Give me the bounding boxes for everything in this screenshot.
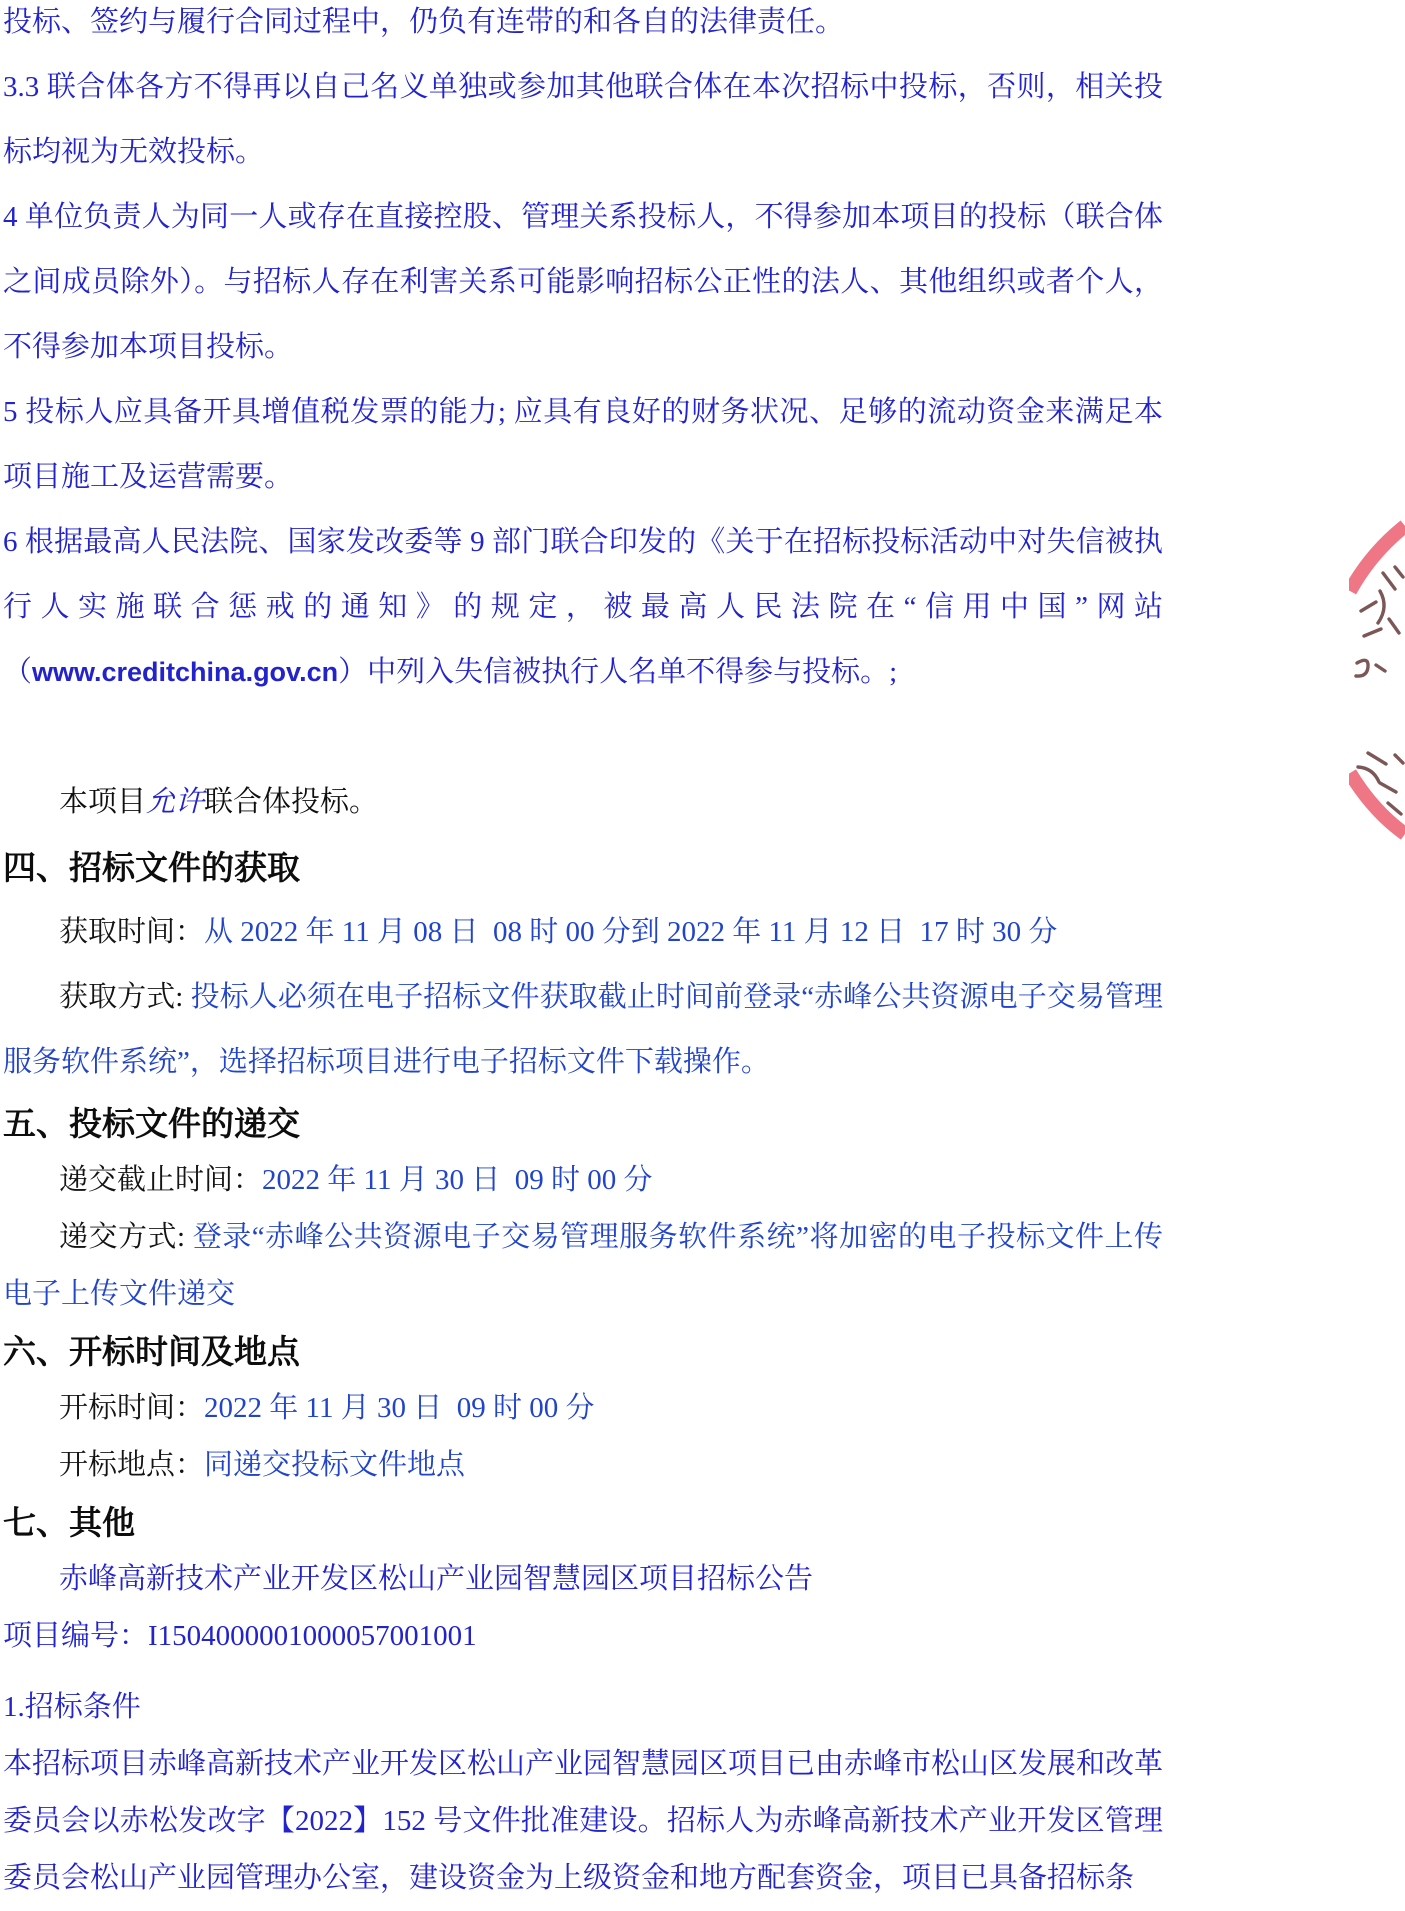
- opening-place-line: 开标地点：同递交投标文件地点: [3, 1437, 1163, 1494]
- obtain-method-label: 获取方式:: [59, 981, 183, 1013]
- submit-deadline-line: 递交截止时间：2022 年 11 月 30 日 09 时 00 分: [3, 1152, 1163, 1209]
- condition-heading-line: 1.招标条件: [3, 1679, 1163, 1736]
- submit-deadline-label: 递交截止时间：: [59, 1164, 262, 1196]
- project-number-value: I1504000001000057001001: [148, 1620, 477, 1652]
- submit-method-label: 递交方式:: [59, 1221, 185, 1253]
- section-heading-other: 七、其他: [3, 1494, 1163, 1551]
- condition-text-paragraph: 本招标项目赤峰高新技术产业开发区松山产业园智慧园区项目已由赤峰市松山区发展和改革…: [3, 1736, 1163, 1907]
- official-seal-partial: [1349, 515, 1405, 845]
- joint-venture-suffix: 联合体投标。: [204, 786, 378, 818]
- paragraph-clause-6: 6 根据最高人民法院、国家发改委等 9 部门联合印发的《关于在招标投标活动中对失…: [3, 510, 1163, 705]
- submit-deadline-value: 2022 年 11 月 30 日 09 时 00 分: [262, 1164, 652, 1196]
- seal-inner-marks: [1356, 567, 1403, 814]
- project-number-label: 项目编号：: [3, 1620, 148, 1652]
- project-number-line: 项目编号：I1504000001000057001001: [3, 1608, 1163, 1665]
- obtain-time-line: 获取时间：从 2022 年 11 月 08 日 08 时 00 分到 2022 …: [3, 900, 1163, 965]
- clause-6-text-after-url: ）中列入失信被执行人名单不得参与投标。;: [338, 656, 897, 688]
- paragraph-clause-5: 5 投标人应具备开具增值税发票的能力; 应具有良好的财务状况、足够的流动资金来满…: [3, 380, 1163, 510]
- submit-method-line: 递交方式: 登录“赤峰公共资源电子交易管理服务软件系统”将加密的电子投标文件上传…: [3, 1209, 1163, 1323]
- section-heading-obtain-documents: 四、招标文件的获取: [3, 835, 1163, 900]
- opening-place-label: 开标地点：: [59, 1449, 204, 1481]
- opening-time-label: 开标时间：: [59, 1392, 204, 1424]
- opening-place-value: 同递交投标文件地点: [204, 1449, 465, 1481]
- notice-title-line: 赤峰高新技术产业开发区松山产业园智慧园区项目招标公告: [3, 1551, 1163, 1608]
- paragraph-clause-3-3: 3.3 联合体各方不得再以自己名义单独或参加其他联合体在本次招标中投标，否则，相…: [3, 55, 1163, 185]
- paragraph-clause-4: 4 单位负责人为同一人或存在直接控股、管理关系投标人，不得参加本项目的投标（联合…: [3, 185, 1163, 380]
- red-seal-svg: [1349, 515, 1405, 845]
- seal-ring-arc-bottom: [1350, 773, 1405, 834]
- opening-time-line: 开标时间：2022 年 11 月 30 日 09 时 00 分: [3, 1380, 1163, 1437]
- section-heading-bid-opening: 六、开标时间及地点: [3, 1323, 1163, 1380]
- paragraph-carryover: 投标、签约与履行合同过程中，仍负有连带的和各自的法律责任。: [3, 0, 1163, 55]
- joint-venture-allowed-highlight: 允许: [146, 786, 204, 818]
- seal-ring-arc-top: [1350, 526, 1405, 591]
- paragraph-joint-venture: 本项目允许联合体投标。: [3, 770, 1163, 835]
- opening-time-value: 2022 年 11 月 30 日 09 时 00 分: [204, 1392, 594, 1424]
- document-page: { "colors": { "paragraph_blue": "#2323cc…: [0, 0, 1405, 1911]
- obtain-time-value: 从 2022 年 11 月 08 日 08 时 00 分到 2022 年 11 …: [204, 916, 1057, 948]
- tender-notice-body: 投标、签约与履行合同过程中，仍负有连带的和各自的法律责任。 3.3 联合体各方不…: [3, 0, 1163, 1907]
- creditchina-url-text: www.creditchina.gov.cn: [32, 657, 338, 687]
- obtain-time-label: 获取时间：: [59, 916, 204, 948]
- section-heading-submit-bids: 五、投标文件的递交: [3, 1095, 1163, 1152]
- obtain-method-line: 获取方式: 投标人必须在电子招标文件获取截止时间前登录“赤峰公共资源电子交易管理…: [3, 965, 1163, 1095]
- joint-venture-prefix: 本项目: [59, 786, 146, 818]
